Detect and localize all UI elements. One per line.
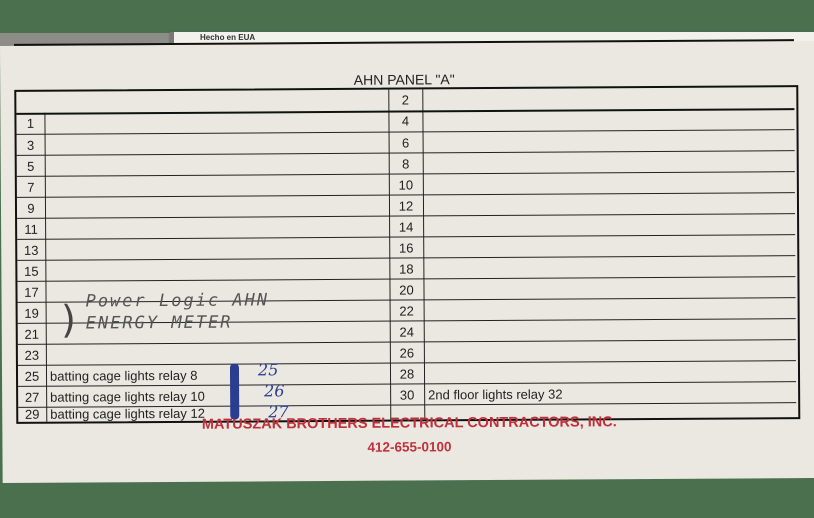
circuit-number: 18 (389, 258, 423, 279)
circuit-number: 22 (390, 300, 424, 321)
handwritten-relay-number: 26 (264, 381, 284, 400)
circuit-number: 7 (17, 177, 45, 198)
circuit-number: 2 (388, 89, 422, 110)
circuit-number: 23 (18, 345, 46, 366)
handwritten-note: Power Logic AHN (86, 290, 270, 311)
circuit-number: 20 (389, 279, 423, 300)
circuit-number: 16 (389, 237, 423, 258)
circuit-number: 12 (389, 195, 423, 216)
circuit-number: 5 (17, 156, 45, 177)
sticker-text: Hecho en EUA (200, 33, 255, 42)
circuit-number: 24 (390, 321, 424, 342)
circuit-number: 10 (389, 174, 423, 195)
panel-directory-card: AHN PANEL "A" 2 1 4 3 6 5 8 7 10 9 12 (0, 41, 814, 483)
company-phone: 412-655-0100 (2, 437, 814, 457)
circuit-number: 14 (389, 216, 423, 237)
handwritten-bracket: ) (58, 298, 83, 342)
circuit-number: 21 (18, 324, 46, 345)
circuit-number: 1 (16, 113, 44, 134)
circuit-number: 13 (17, 240, 45, 261)
ink-mark (230, 364, 239, 420)
circuit-number: 17 (17, 282, 45, 303)
circuit-number: 9 (17, 198, 45, 219)
circuit-number: 15 (17, 261, 45, 282)
circuit-number: 19 (18, 303, 46, 324)
circuit-number: 11 (17, 219, 45, 240)
circuit-number: 6 (389, 132, 423, 153)
circuit-number: 28 (390, 363, 424, 384)
circuit-number: 3 (17, 135, 45, 156)
circuit-number: 8 (389, 153, 423, 174)
circuit-grid: 2 1 4 3 6 5 8 7 10 9 12 11 14 1 (14, 85, 800, 424)
circuit-number: 25 (18, 366, 46, 387)
circuit-number: 30 (390, 384, 424, 405)
circuit-number: 4 (388, 110, 422, 131)
handwritten-note: ENERGY METER (86, 313, 233, 334)
circuit-number: 26 (390, 342, 424, 363)
handwritten-relay-number: 25 (258, 360, 278, 379)
